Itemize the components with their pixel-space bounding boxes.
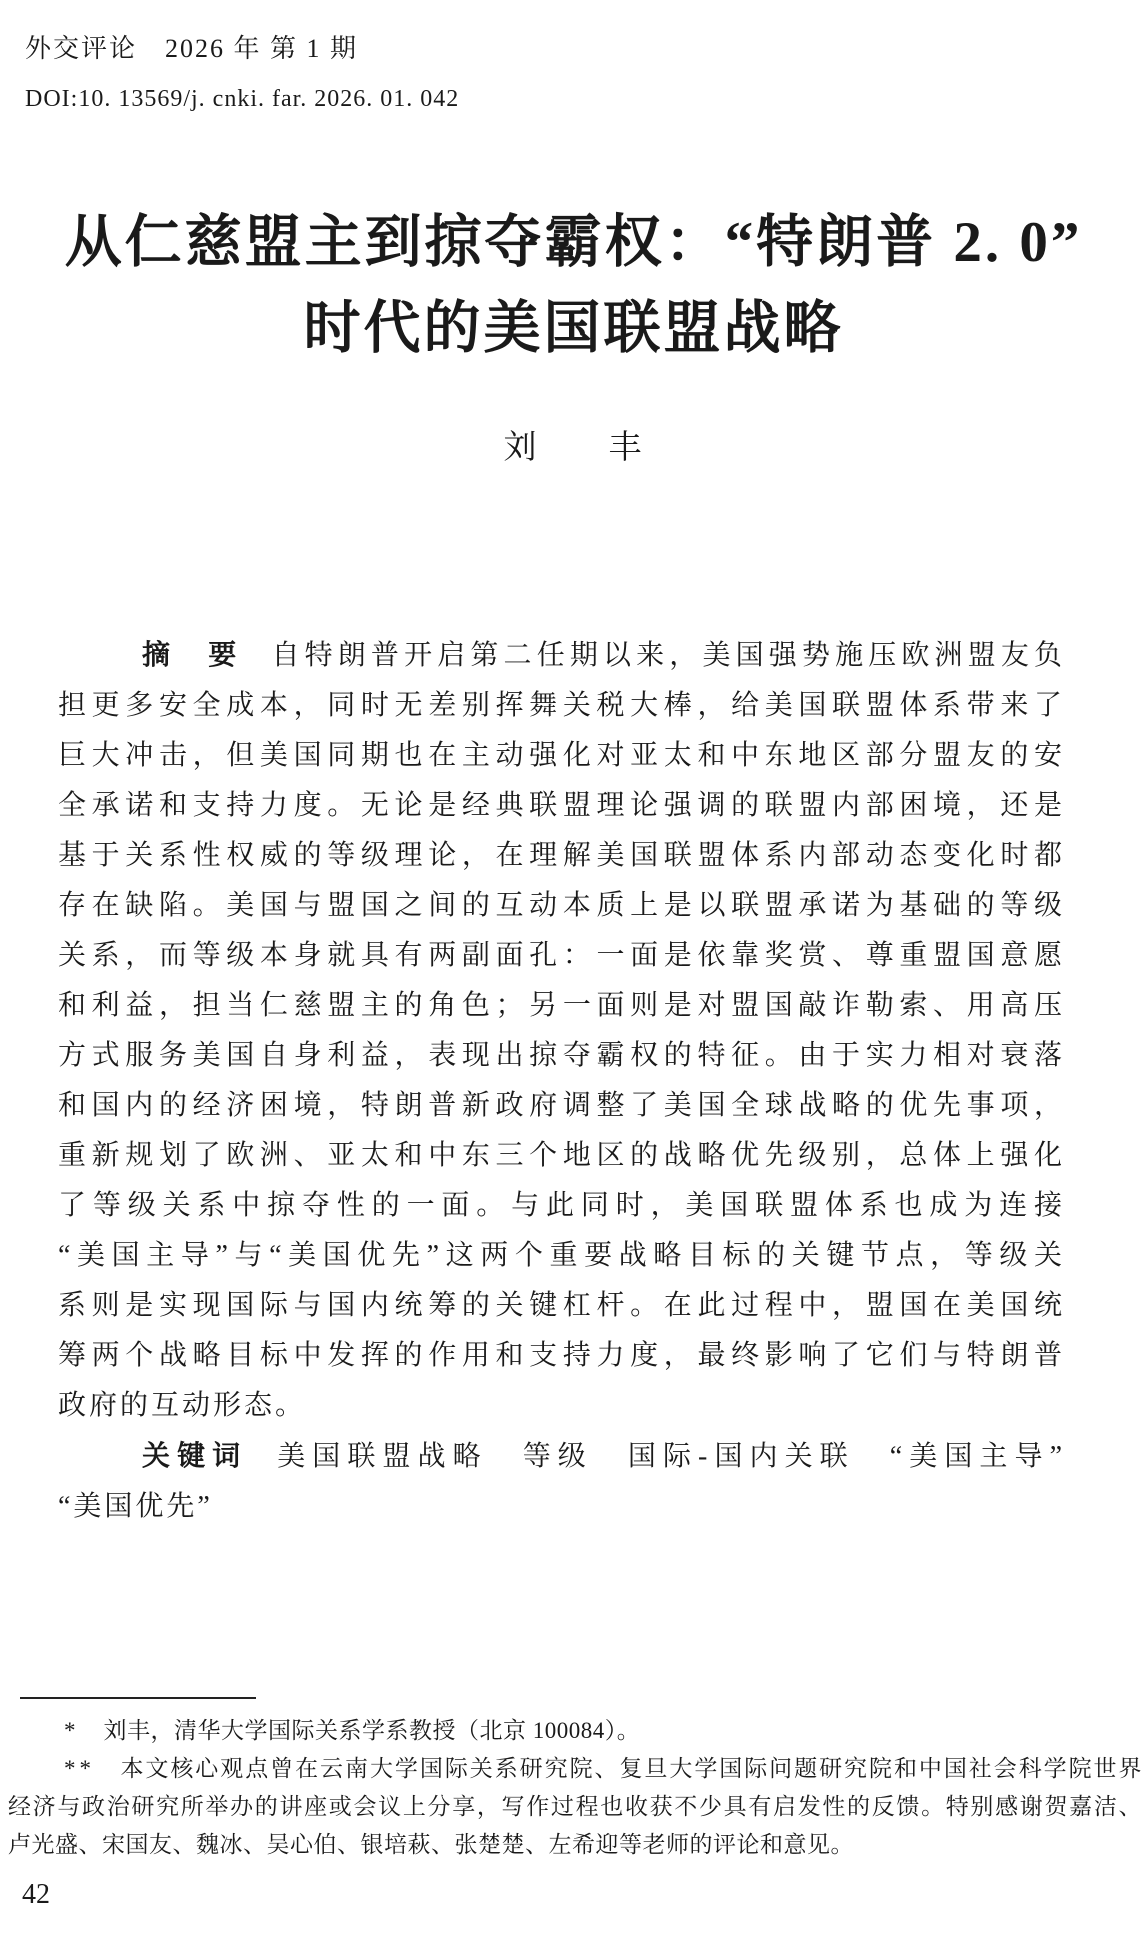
keywords-line-1: 关键词美国联盟战略 等级 国际-国内关联 “美国主导” — [58, 1431, 1065, 1482]
footnote-2-line-2: 经济与政治研究所举办的讲座或会议上分享，写作过程也收获不少具有启发性的反馈。特别… — [8, 1788, 1142, 1826]
abstract-line: 重新规划了欧洲、亚太和中东三个地区的战略优先级别，总体上强化 — [58, 1131, 1065, 1181]
abstract-line: 系则是实现国际与国内统筹的关键杠杆。在此过程中，盟国在美国统 — [58, 1281, 1065, 1331]
article-title-line-1: 从仁慈盟主到掠夺霸权：“特朗普 2. 0” — [0, 200, 1147, 286]
abstract-section: 摘 要自特朗普开启第二任期以来，美国强势施压欧洲盟友负 担更多安全成本，同时无差… — [58, 630, 1065, 1532]
abstract-line: 存在缺陷。美国与盟国之间的互动本质上是以联盟承诺为基础的等级 — [58, 881, 1065, 931]
footnote-2-marker: ** — [64, 1756, 95, 1781]
journal-header: 外交评论 2026 年 第 1 期 — [25, 28, 358, 65]
abstract-first-line-text: 自特朗普开启第二任期以来，美国强势施压欧洲盟友负 — [271, 640, 1065, 671]
abstract-line: 和利益，担当仁慈盟主的角色；另一面则是对盟国敲诈勒索、用高压 — [58, 981, 1065, 1031]
footnote-2-line-1-text: 本文核心观点曾在云南大学国际关系研究院、复旦大学国际问题研究院和中国社会科学院世… — [119, 1756, 1142, 1781]
page-number: 42 — [22, 1879, 50, 1911]
footnote-1-text: 刘丰，清华大学国际关系学系教授（北京 100084）。 — [104, 1718, 641, 1743]
keywords-line-1-text: 美国联盟战略 等级 国际-国内关联 “美国主导” — [277, 1441, 1065, 1472]
abstract-line: 政府的互动形态。 — [58, 1381, 1065, 1431]
abstract-label: 摘 要 — [142, 639, 241, 670]
article-title-line-2: 时代的美国联盟战略 — [0, 286, 1147, 372]
abstract-lines: 担更多安全成本，同时无差别挥舞关税大棒，给美国联盟体系带来了巨大冲击，但美国同期… — [58, 681, 1065, 1431]
keywords-label: 关键词 — [142, 1440, 247, 1471]
footnotes-section: *刘丰，清华大学国际关系学系教授（北京 100084）。 **本文核心观点曾在云… — [8, 1712, 1142, 1864]
abstract-line: 筹两个战略目标中发挥的作用和支持力度，最终影响了它们与特朗普 — [58, 1331, 1065, 1381]
footnote-2-line-1: **本文核心观点曾在云南大学国际关系研究院、复旦大学国际问题研究院和中国社会科学… — [8, 1750, 1142, 1788]
abstract-line: “美国主导”与“美国优先”这两个重要战略目标的关键节点，等级关 — [58, 1231, 1065, 1281]
abstract-first-line: 摘 要自特朗普开启第二任期以来，美国强势施压欧洲盟友负 — [58, 630, 1065, 681]
abstract-line: 全承诺和支持力度。无论是经典联盟理论强调的联盟内部困境，还是 — [58, 781, 1065, 831]
abstract-line: 了等级关系中掠夺性的一面。与此同时，美国联盟体系也成为连接 — [58, 1181, 1065, 1231]
abstract-line: 关系，而等级本身就具有两副面孔：一面是依靠奖赏、尊重盟国意愿 — [58, 931, 1065, 981]
abstract-line: 担更多安全成本，同时无差别挥舞关税大棒，给美国联盟体系带来了 — [58, 681, 1065, 731]
article-title: 从仁慈盟主到掠夺霸权：“特朗普 2. 0” 时代的美国联盟战略 — [0, 200, 1147, 372]
author-name: 刘 丰 — [0, 428, 1147, 468]
footnote-separator — [20, 1697, 256, 1699]
abstract-line: 和国内的经济困境，特朗普新政府调整了美国全球战略的优先事项， — [58, 1081, 1065, 1131]
abstract-line: 基于关系性权威的等级理论，在理解美国联盟体系内部动态变化时都 — [58, 831, 1065, 881]
abstract-line: 巨大冲击，但美国同期也在主动强化对亚太和中东地区部分盟友的安 — [58, 731, 1065, 781]
footnote-2-line-3: 卢光盛、宋国友、魏冰、吴心伯、银培萩、张楚楚、左希迎等老师的评论和意见。 — [8, 1826, 1142, 1864]
footnote-1: *刘丰，清华大学国际关系学系教授（北京 100084）。 — [8, 1712, 1142, 1750]
doi: DOI:10. 13569/j. cnki. far. 2026. 01. 04… — [25, 86, 459, 113]
keywords-line-2: “美国优先” — [58, 1482, 1065, 1532]
journal-page: 外交评论 2026 年 第 1 期 DOI:10. 13569/j. cnki.… — [0, 0, 1147, 1958]
footnote-1-marker: * — [64, 1718, 80, 1743]
abstract-line: 方式服务美国自身利益，表现出掠夺霸权的特征。由于实力相对衰落 — [58, 1031, 1065, 1081]
